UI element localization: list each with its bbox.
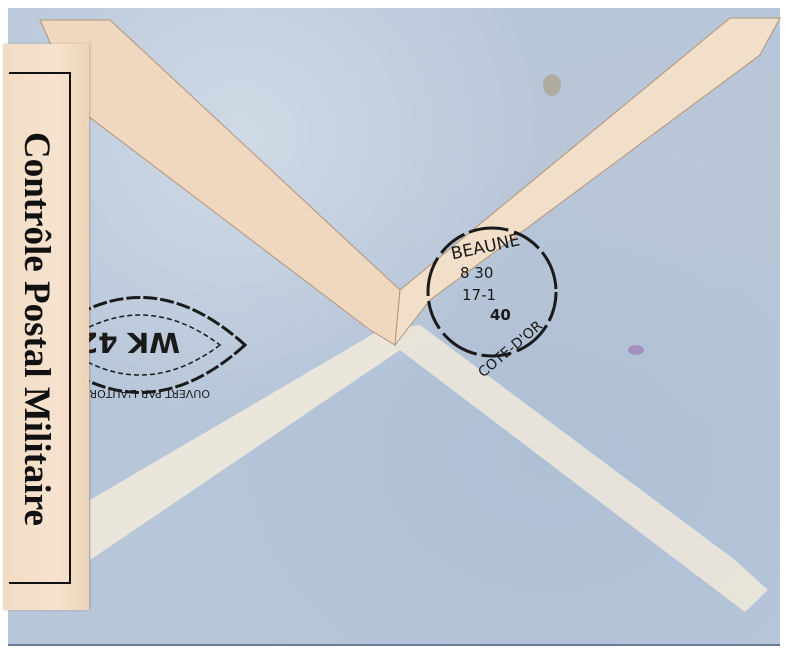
censor-tape: Contrôle Postal Militaire <box>3 44 89 610</box>
purple-mark <box>628 345 644 355</box>
seal-strip-upper-right <box>395 18 780 345</box>
postmark-department: COTE-D'OR <box>475 318 546 381</box>
seal-strip-lower-left <box>90 330 400 560</box>
postmark-year: 40 <box>490 306 511 324</box>
seal-strips: BEAUNE 8 30 17-1 40 COTE-D'OR WK 423 OUV… <box>0 0 789 650</box>
censor-label: Contrôle Postal Militaire <box>12 132 60 612</box>
seal-strip-upper-left <box>40 20 400 345</box>
stain <box>543 74 561 96</box>
postmark-time: 8 30 <box>460 264 493 282</box>
postmark-date: 17-1 <box>462 286 496 304</box>
seal-strip-lower-right <box>380 325 768 612</box>
